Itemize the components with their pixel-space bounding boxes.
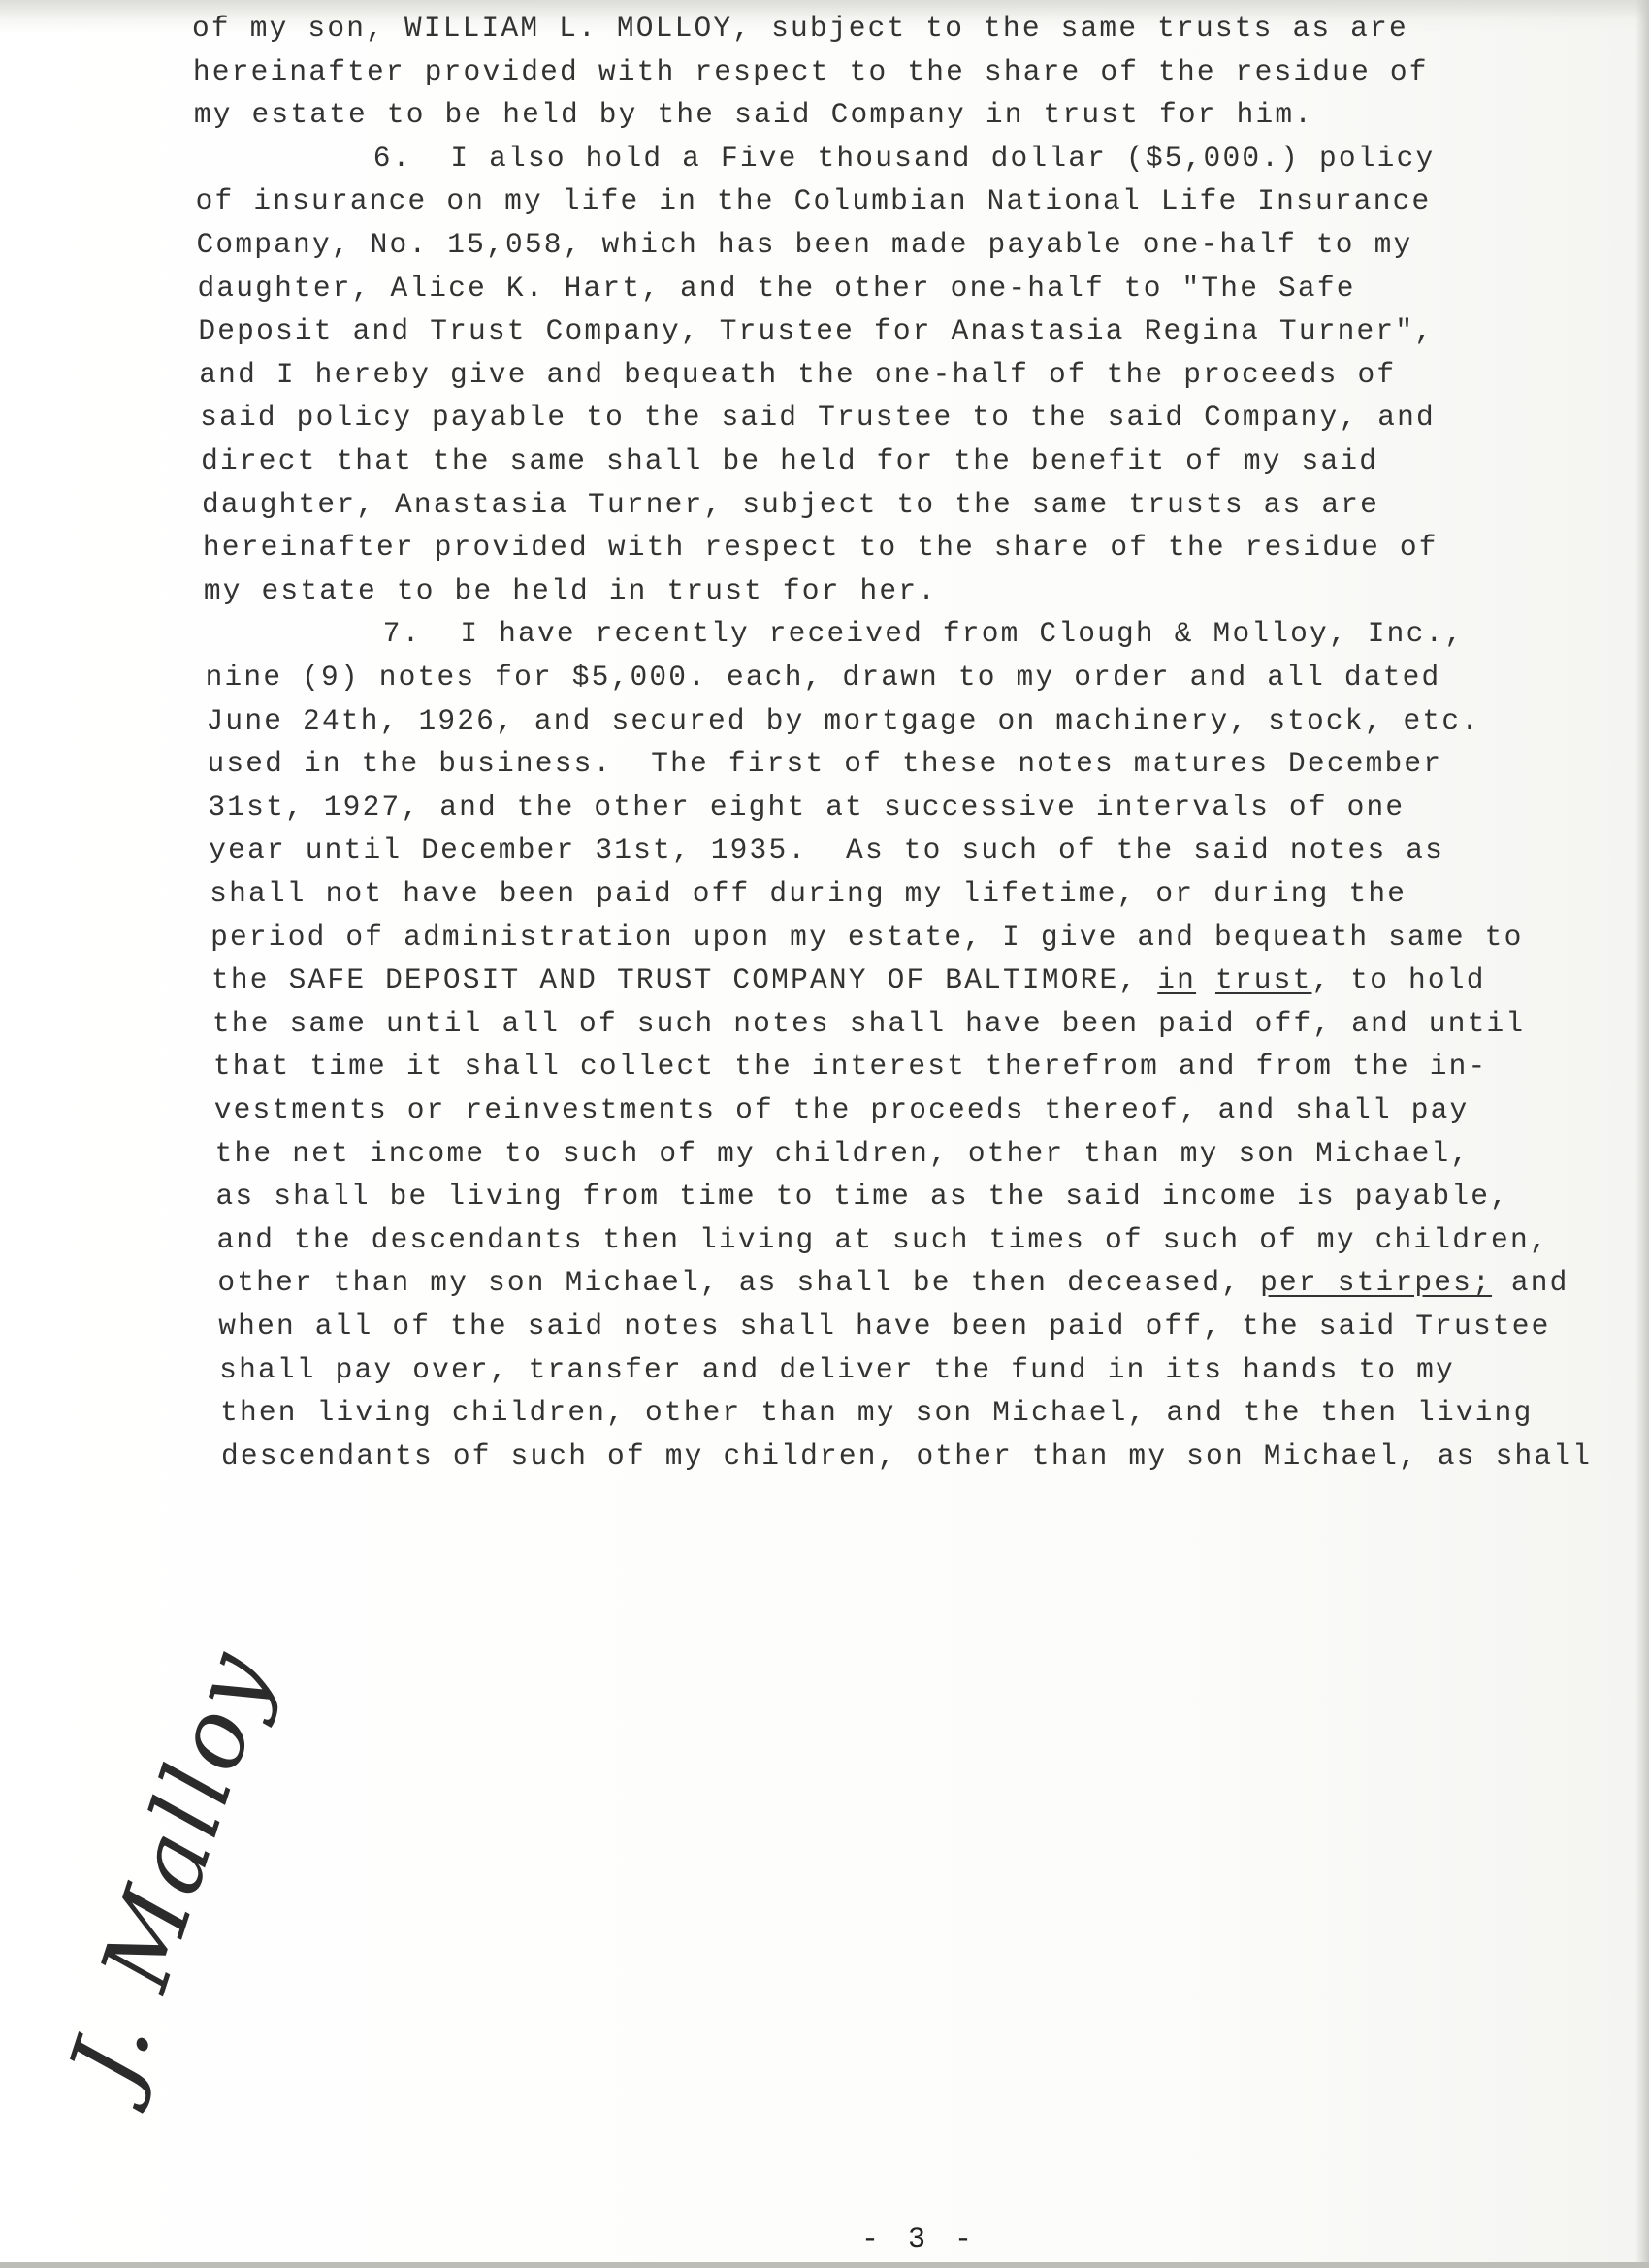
line-text: vestments or reinvestments of the procee… [214,1093,1470,1126]
document-line: daughter, Alice K. Hart, and the other o… [197,272,1355,305]
document-line: and the descendants then living at such … [216,1223,1548,1256]
underlined-text: trust [1215,963,1312,996]
document-line: vestments or reinvestments of the procee… [214,1093,1470,1126]
scan-right-edge [1635,0,1649,2268]
document-line: 6. I also hold a Five thousand dollar ($… [373,142,1436,175]
document-line: Company, No. 15,058, which has been made… [197,228,1413,261]
line-text: when all of the said notes shall have be… [218,1310,1550,1343]
line-text: my estate to be held in trust for her. [204,574,937,607]
line-text: other than my son Michael, as shall be t… [217,1266,1260,1299]
line-text: then living children, other than my son … [220,1396,1533,1429]
line-text: 31st, 1927, and the other eight at succe… [208,791,1405,824]
line-text: the same until all of such notes shall h… [212,1007,1525,1040]
document-line: the same until all of such notes shall h… [212,1007,1525,1040]
document-line: of insurance on my life in the Columbian… [196,184,1432,217]
line-text: , to hold [1311,963,1485,996]
document-line: said policy payable to the said Trustee … [200,401,1436,434]
document-line: used in the business. The first of these… [207,747,1442,780]
document-line: that time it shall collect the interest … [213,1050,1488,1083]
line-text: direct that the same shall be held for t… [201,444,1378,477]
document-line: my estate to be held in trust for her. [204,574,937,607]
underlined-text: per stirpes; [1260,1266,1492,1299]
document-line: shall pay over, transfer and deliver the… [219,1353,1455,1386]
line-text: my estate to be held by the said Company… [194,98,1313,131]
line-text: shall pay over, transfer and deliver the… [219,1353,1455,1386]
document-line: daughter, Anastasia Turner, subject to t… [202,488,1379,521]
document-line: Deposit and Trust Company, Trustee for A… [198,314,1434,347]
document-line: hereinafter provided with respect to the… [193,55,1429,88]
line-text: and I hereby give and bequeath the one-h… [199,358,1396,391]
document-line: then living children, other than my son … [220,1396,1533,1429]
document-page: of my son, WILLIAM L. MOLLOY, subject to… [0,0,1649,2268]
document-line: when all of the said notes shall have be… [218,1310,1550,1343]
document-line: the SAFE DEPOSIT AND TRUST COMPANY OF BA… [211,963,1486,996]
scan-bottom-edge [0,2262,1649,2268]
page-number: - 3 - [861,2223,978,2256]
line-text: daughter, Alice K. Hart, and the other o… [197,272,1355,305]
document-line: 31st, 1927, and the other eight at succe… [208,791,1405,824]
line-text: June 24th, 1926, and secured by mortgage… [207,704,1481,737]
document-line: my estate to be held by the said Company… [194,98,1313,131]
line-text: said policy payable to the said Trustee … [200,401,1436,434]
document-line: the net income to such of my children, o… [215,1137,1471,1170]
document-line: as shall be living from time to time as … [216,1180,1510,1213]
line-text: as shall be living from time to time as … [216,1180,1510,1213]
line-text: descendants of such of my children, othe… [221,1440,1592,1473]
line-text: and the descendants then living at such … [216,1223,1548,1256]
line-text: daughter, Anastasia Turner, subject to t… [202,488,1379,521]
document-line: direct that the same shall be held for t… [201,444,1378,477]
document-line: of my son, WILLIAM L. MOLLOY, subject to… [192,12,1408,45]
line-text: of my son, WILLIAM L. MOLLOY, subject to… [192,12,1408,45]
line-text: hereinafter provided with respect to the… [193,55,1429,88]
line-text: year until December 31st, 1935. As to su… [209,833,1444,866]
line-text: of insurance on my life in the Columbian… [196,184,1432,217]
line-text: hereinafter provided with respect to the… [203,531,1439,564]
document-line: 7. I have recently received from Clough … [383,617,1465,650]
underlined-text: in [1157,963,1196,996]
line-text: shall not have been paid off during my l… [210,877,1406,910]
margin-signature-area: J. Malloy [29,1562,223,2124]
document-line: and I hereby give and bequeath the one-h… [199,358,1396,391]
line-text: 6. I also hold a Five thousand dollar ($… [373,142,1436,175]
line-text: Company, No. 15,058, which has been made… [197,228,1413,261]
line-text: the net income to such of my children, o… [215,1137,1471,1170]
line-text [1196,963,1215,996]
line-text: that time it shall collect the interest … [213,1050,1488,1083]
line-text: and [1492,1266,1569,1299]
line-text: used in the business. The first of these… [207,747,1442,780]
line-text: period of administration upon my estate,… [210,921,1523,954]
document-line: hereinafter provided with respect to the… [203,531,1439,564]
document-line: shall not have been paid off during my l… [210,877,1406,910]
document-line: June 24th, 1926, and secured by mortgage… [207,704,1481,737]
document-line: year until December 31st, 1935. As to su… [209,833,1444,866]
handwritten-signature: J. Malloy [48,1636,293,2100]
line-text: Deposit and Trust Company, Trustee for A… [198,314,1434,347]
document-line: descendants of such of my children, othe… [221,1440,1592,1473]
document-line: nine (9) notes for $5,000. each, drawn t… [206,661,1441,694]
line-text: nine (9) notes for $5,000. each, drawn t… [206,661,1441,694]
document-line: period of administration upon my estate,… [210,921,1523,954]
line-text: the SAFE DEPOSIT AND TRUST COMPANY OF BA… [211,963,1157,996]
document-line: other than my son Michael, as shall be t… [217,1266,1568,1299]
line-text: 7. I have recently received from Clough … [383,617,1465,650]
